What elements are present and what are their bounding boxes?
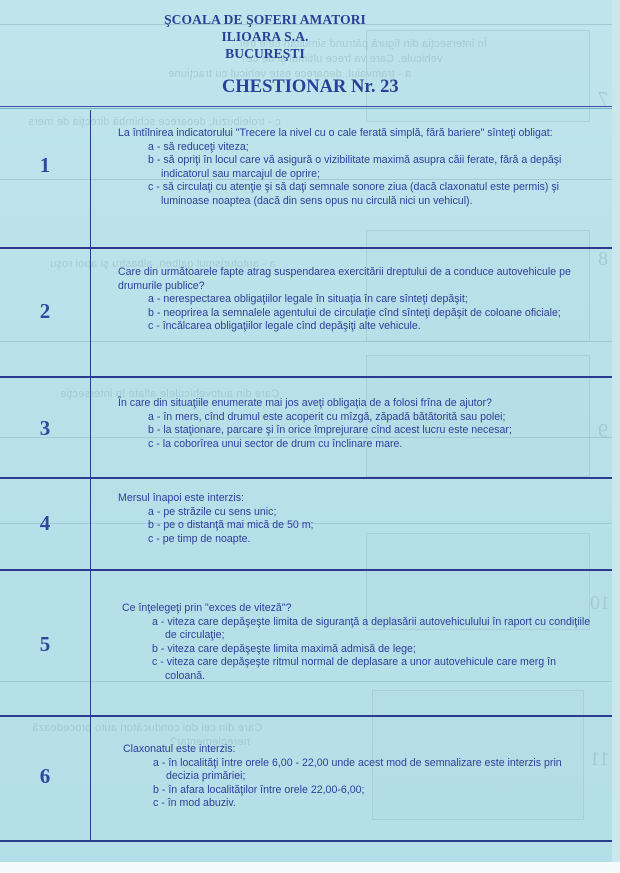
- answer-letter: c: [148, 320, 153, 332]
- answer-option[interactable]: b - la staţionare, parcare şi în orice î…: [148, 424, 598, 438]
- answer-letter: b: [148, 154, 154, 166]
- school-company: ILIOARA S.A.: [75, 29, 455, 45]
- answer-option[interactable]: c - încălcarea obligaţiilor legale cînd …: [148, 320, 592, 334]
- answer-text: în localităţi între orele 6,00 - 22,00 u…: [166, 757, 562, 783]
- question-text: Ce înţelegeţi prin "exces de viteză"?: [122, 602, 596, 616]
- answer-text: viteza care depăşeşte limita maximă admi…: [167, 643, 415, 655]
- answer-letter: a: [148, 506, 154, 518]
- question-text: Care din următoarele fapte atrag suspend…: [118, 266, 592, 293]
- question-number: 5: [0, 632, 90, 657]
- header-rule-light: [0, 108, 612, 109]
- answer-letter: c: [148, 438, 153, 450]
- question-3: În care din situaţiile enumerate mai jos…: [118, 397, 598, 451]
- answer-text: să opriţi în locul care vă asigură o viz…: [161, 154, 561, 180]
- question-number: 6: [0, 764, 90, 789]
- row-divider: [0, 840, 612, 842]
- answer-letter: b: [148, 307, 154, 319]
- answer-text: pe o distanţă mai mică de 50 m;: [163, 519, 313, 531]
- answer-list: a - pe străzile cu sens unic; b - pe o d…: [148, 506, 592, 547]
- answer-letter: b: [153, 784, 159, 796]
- header-rule: [0, 106, 612, 107]
- answer-letter: c: [152, 656, 157, 668]
- answer-letter: a: [148, 411, 154, 423]
- answer-option[interactable]: b - neoprirea la semnalele agentului de …: [148, 307, 592, 321]
- answer-text: viteza care depăşeşte ritmul normal de d…: [165, 656, 556, 682]
- column-divider: [90, 110, 91, 841]
- showthrough-number: 9: [598, 420, 608, 443]
- showthrough-rule: [0, 341, 612, 342]
- answer-list: a - nerespectarea obligaţiilor legale în…: [148, 293, 592, 334]
- question-number: 2: [0, 299, 90, 324]
- answer-option[interactable]: c - la coborîrea unui sector de drum cu …: [148, 438, 598, 452]
- showthrough-number: 8: [598, 248, 608, 271]
- answer-letter: b: [148, 519, 154, 531]
- showthrough-number: 11: [590, 748, 609, 771]
- answer-option[interactable]: a - să reduceţi viteza;: [148, 141, 592, 155]
- answer-text: nerespectarea obligaţiilor legale în sit…: [163, 293, 467, 305]
- question-number: 3: [0, 416, 90, 441]
- answer-option[interactable]: b - viteza care depăşeşte limita maximă …: [152, 643, 596, 657]
- answer-option[interactable]: a - în localităţi între orele 6,00 - 22,…: [153, 757, 583, 784]
- question-number: 4: [0, 511, 90, 536]
- question-5: Ce înţelegeţi prin "exces de viteză"? a …: [122, 602, 596, 683]
- answer-option[interactable]: c - în mod abuziv.: [153, 797, 583, 811]
- answer-list: a - în mers, cînd drumul este acoperit c…: [148, 411, 598, 452]
- answer-option[interactable]: a - în mers, cînd drumul este acoperit c…: [148, 411, 598, 425]
- answer-list: a - în localităţi între orele 6,00 - 22,…: [153, 757, 583, 811]
- answer-option[interactable]: b - pe o distanţă mai mică de 50 m;: [148, 519, 592, 533]
- question-text: În care din situaţiile enumerate mai jos…: [118, 397, 598, 411]
- answer-text: în afara localităţilor între orele 22,00…: [168, 784, 364, 796]
- question-4: Mersul înapoi este interzis: a - pe stră…: [118, 492, 592, 546]
- answer-text: pe străzile cu sens unic;: [163, 506, 276, 518]
- right-margin: [612, 0, 620, 873]
- answer-option[interactable]: c - să circulaţi cu atenţie şi să daţi s…: [148, 181, 592, 208]
- answer-text: în mers, cînd drumul este acoperit cu mî…: [163, 411, 505, 423]
- answer-text: încălcarea obligaţiilor legale cînd depă…: [163, 320, 421, 332]
- showthrough-text: Care din cei doi conducători auto proced…: [32, 722, 262, 734]
- answer-option[interactable]: a - viteza care depăşeşte limita de sigu…: [152, 616, 596, 643]
- question-text: La întîlnirea indicatorului "Trecere la …: [118, 127, 592, 141]
- answer-list: a - să reduceţi viteza; b - să opriţi în…: [148, 141, 592, 209]
- answer-text: viteza care depăşeşte limita de siguranţ…: [165, 616, 590, 642]
- question-number: 1: [0, 153, 90, 178]
- answer-list: a - viteza care depăşeşte limita de sigu…: [152, 616, 596, 684]
- answer-letter: a: [152, 616, 158, 628]
- answer-letter: c: [153, 797, 158, 809]
- answer-letter: b: [148, 424, 154, 436]
- question-6: Claxonatul este interzis: a - în localit…: [123, 743, 583, 811]
- questionnaire-title: CHESTIONAR Nr. 23: [222, 77, 399, 98]
- answer-option[interactable]: a - nerespectarea obligaţiilor legale în…: [148, 293, 592, 307]
- school-city: BUCUREŞTI: [75, 46, 455, 62]
- answer-letter: a: [153, 757, 159, 769]
- question-1: La întîlnirea indicatorului "Trecere la …: [118, 127, 592, 208]
- answer-letter: a: [148, 293, 154, 305]
- answer-option[interactable]: c - pe timp de noapte.: [148, 533, 592, 547]
- answer-text: să reduceţi viteza;: [163, 141, 248, 153]
- row-divider: [0, 247, 612, 249]
- row-divider: [0, 477, 612, 479]
- answer-letter: c: [148, 533, 153, 545]
- question-text: Claxonatul este interzis:: [123, 743, 583, 757]
- school-name: ŞCOALA DE ŞOFERI AMATORI: [75, 12, 455, 28]
- row-divider: [0, 376, 612, 378]
- answer-option[interactable]: c - viteza care depăşeşte ritmul normal …: [152, 656, 596, 683]
- answer-text: neoprirea la semnalele agentului de circ…: [163, 307, 561, 319]
- question-2: Care din următoarele fapte atrag suspend…: [118, 266, 592, 334]
- question-text: Mersul înapoi este interzis:: [118, 492, 592, 506]
- bottom-margin: [0, 862, 620, 873]
- answer-option[interactable]: b - să opriţi în locul care vă asigură o…: [148, 154, 592, 181]
- answer-letter: a: [148, 141, 154, 153]
- row-divider: [0, 569, 612, 571]
- answer-letter: c: [148, 181, 153, 193]
- answer-text: la staţionare, parcare şi în orice împre…: [163, 424, 512, 436]
- row-divider: [0, 715, 612, 717]
- answer-letter: b: [152, 643, 158, 655]
- answer-text: la coborîrea unui sector de drum cu încl…: [163, 438, 403, 450]
- answer-option[interactable]: a - pe străzile cu sens unic;: [148, 506, 592, 520]
- answer-text: pe timp de noapte.: [163, 533, 251, 545]
- answer-text: în mod abuziv.: [168, 797, 236, 809]
- answer-option[interactable]: b - în afara localităţilor între orele 2…: [153, 784, 583, 798]
- answer-text: să circulaţi cu atenţie şi să daţi semna…: [161, 181, 559, 207]
